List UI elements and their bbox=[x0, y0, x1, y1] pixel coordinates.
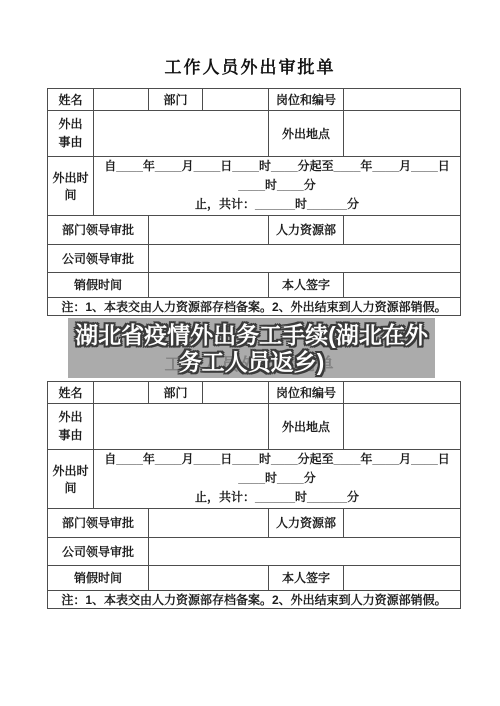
approval-form-table-bottom: 姓名 部门 岗位和编号 外出 事由 外出地点 外出时间 自____年____月_… bbox=[47, 381, 461, 609]
outing-time-template-line1: 自____年____月____日____时____分起至____年____月__… bbox=[94, 157, 460, 195]
leave-cancellation-time-value-cell bbox=[149, 565, 269, 590]
outing-reason-label-line1: 外出 bbox=[48, 409, 93, 426]
approval-form-table-top: 姓名 部门 岗位和编号 外出 事由 外出地点 外出时间 自____年____月_… bbox=[47, 88, 461, 316]
form-title-top: 工作人员外出审批单 bbox=[0, 53, 500, 78]
headline-line1: 湖北省疫情外出务工手续(湖北在外 bbox=[68, 322, 435, 349]
leave-cancellation-time-label: 销假时间 bbox=[48, 565, 149, 590]
dept-leader-approval-value-cell bbox=[149, 215, 269, 244]
outing-time-template-line2: 止，共计：______时______分 bbox=[94, 195, 460, 214]
hr-department-value-cell bbox=[344, 508, 461, 537]
outing-location-value-cell bbox=[344, 404, 461, 450]
company-leader-approval-value-cell bbox=[149, 537, 461, 565]
personal-signature-label: 本人签字 bbox=[269, 272, 344, 297]
dept-leader-approval-label: 部门领导审批 bbox=[48, 215, 149, 244]
personal-signature-label: 本人签字 bbox=[269, 565, 344, 590]
headline-overlay: 湖北省疫情外出务工手续(湖北在外 务工人员返乡) bbox=[68, 318, 435, 378]
form-note: 注：1、本表交由人力资源部存档备案。2、外出结束到人力资源部销假。 bbox=[48, 590, 461, 608]
name-label: 姓名 bbox=[48, 382, 94, 404]
personal-signature-value-cell bbox=[344, 272, 461, 297]
dept-leader-approval-value-cell bbox=[149, 508, 269, 537]
outing-reason-label-line2: 事由 bbox=[48, 427, 93, 444]
department-value-cell bbox=[203, 89, 269, 111]
form-note: 注：1、本表交由人力资源部存档备案。2、外出结束到人力资源部销假。 bbox=[48, 297, 461, 315]
outing-time-value-cell: 自____年____月____日____时____分起至____年____月__… bbox=[94, 450, 461, 509]
outing-time-label: 外出时间 bbox=[48, 450, 94, 509]
outing-reason-label-line2: 事由 bbox=[48, 134, 93, 151]
company-leader-approval-label: 公司领导审批 bbox=[48, 537, 149, 565]
company-leader-approval-value-cell bbox=[149, 244, 461, 272]
outing-reason-label-line1: 外出 bbox=[48, 116, 93, 133]
outing-time-template-line1: 自____年____月____日____时____分起至____年____月__… bbox=[94, 450, 460, 488]
outing-location-label: 外出地点 bbox=[269, 111, 344, 157]
outing-time-value-cell: 自____年____月____日____时____分起至____年____月__… bbox=[94, 157, 461, 216]
name-label: 姓名 bbox=[48, 89, 94, 111]
outing-reason-value-cell bbox=[94, 111, 269, 157]
outing-time-template-line2: 止，共计：______时______分 bbox=[94, 488, 460, 507]
leave-cancellation-time-value-cell bbox=[149, 272, 269, 297]
position-number-label: 岗位和编号 bbox=[269, 382, 344, 404]
outing-location-label: 外出地点 bbox=[269, 404, 344, 450]
hr-department-label: 人力资源部 bbox=[269, 508, 344, 537]
outing-reason-label: 外出 事由 bbox=[48, 404, 94, 450]
position-number-label: 岗位和编号 bbox=[269, 89, 344, 111]
position-number-value-cell bbox=[344, 89, 461, 111]
hr-department-value-cell bbox=[344, 215, 461, 244]
position-number-value-cell bbox=[344, 382, 461, 404]
department-value-cell bbox=[203, 382, 269, 404]
outing-reason-label: 外出 事由 bbox=[48, 111, 94, 157]
hr-department-label: 人力资源部 bbox=[269, 215, 344, 244]
outing-reason-value-cell bbox=[94, 404, 269, 450]
outing-time-label: 外出时间 bbox=[48, 157, 94, 216]
leave-cancellation-time-label: 销假时间 bbox=[48, 272, 149, 297]
department-label: 部门 bbox=[149, 89, 203, 111]
name-value-cell bbox=[94, 89, 149, 111]
company-leader-approval-label: 公司领导审批 bbox=[48, 244, 149, 272]
department-label: 部门 bbox=[149, 382, 203, 404]
outing-location-value-cell bbox=[344, 111, 461, 157]
personal-signature-value-cell bbox=[344, 565, 461, 590]
article-image: 工作人员外出审批单 姓名 部门 岗位和编号 外出 事由 外出地点 外出时间 bbox=[0, 0, 500, 706]
name-value-cell bbox=[94, 382, 149, 404]
headline-line2: 务工人员返乡) bbox=[68, 349, 435, 376]
dept-leader-approval-label: 部门领导审批 bbox=[48, 508, 149, 537]
